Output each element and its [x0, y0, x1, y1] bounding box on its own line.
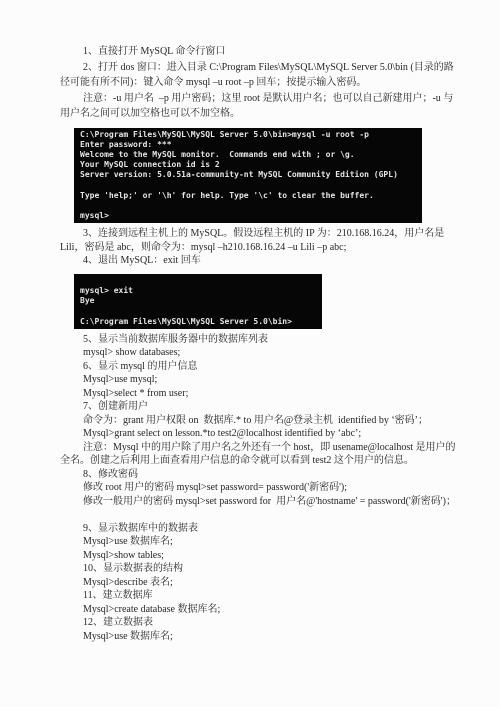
text-line: 1、直接打开 MySQL 命令行窗口: [60, 44, 442, 60]
console-text-line: Bye: [80, 296, 318, 306]
blank-line: [60, 508, 442, 522]
text-line: Mysql>show tables;: [60, 549, 442, 563]
text-line: 9、显示数据库中的数据表: [60, 522, 442, 536]
text-line: 6、显示 mysql 的用户信息: [60, 360, 442, 374]
console-text-line: mysql> exit: [80, 286, 318, 296]
console-text-line: Enter password: ***: [80, 140, 418, 150]
text-line: Mysql>describe 表名;: [60, 576, 442, 590]
console-text-line: Your MySQL connection id is 2: [80, 160, 418, 170]
console-text-line: [80, 201, 418, 211]
text-line: 11、建立数据库: [60, 589, 442, 603]
console-text-line: C:\Program Files\MySQL\MySQL Server 5.0\…: [80, 317, 318, 327]
text-line: Mysql>select * from user;: [60, 387, 442, 401]
text-line: 3、连接到远程主机上的 MySQL。假设远程主机的 IP 为：210.168.1…: [60, 227, 442, 241]
console-text-line: mysql>: [80, 211, 418, 221]
text-line: Mysql>use 数据库名;: [60, 630, 442, 644]
text-line: Mysql>grant select on lesson.*to test2@l…: [60, 427, 442, 441]
document-page: 1、直接打开 MySQL 命令行窗口2、打开 dos 窗口：进入目录 C:\Pr…: [0, 0, 500, 707]
text-line: Mysql>use mysql;: [60, 373, 442, 387]
console-text-line: Welcome to the MySQL monitor. Commands e…: [80, 150, 418, 160]
text-line: mysql> show databases;: [60, 346, 442, 360]
text-line: 全名。创建之后利用上面查看用户信息的命令就可以看到 test2 这个用户的信息。: [60, 454, 442, 468]
text-line: 用户名之间可以加空格也可以不加空格。: [60, 106, 442, 122]
text-line: 修改一般用户的密码 mysql>set password for 用户名@'ho…: [60, 495, 442, 509]
text-line: 径可能有所不同)：键入命令 mysql –u root –p 回车；按提示输入密…: [60, 75, 442, 91]
console-text-line: Server version: 5.0.51a-community-nt MyS…: [80, 170, 418, 180]
text-line: Mysql>create database 数据库名;: [60, 603, 442, 617]
text-line: 注意：-u 用户名 –p 用户密码；这里 root 是默认用户名；也可以自己新建…: [60, 91, 442, 107]
console-text-line: [80, 276, 318, 286]
text-line: 12、建立数据表: [60, 616, 442, 630]
document-content: 1、直接打开 MySQL 命令行窗口2、打开 dos 窗口：进入目录 C:\Pr…: [60, 44, 442, 643]
console-text-line: C:\Program Files\MySQL\MySQL Server 5.0\…: [80, 130, 418, 140]
text-line: 10、显示数据表的结构: [60, 562, 442, 576]
text-line: 4、退出 MySQL：exit 回车: [60, 254, 442, 268]
text-line: 注意：Mysql 中的用户除了用户名之外还有一个 host，即 usename@…: [60, 441, 442, 455]
text-line: 5、显示当前数据库服务器中的数据库列表: [60, 333, 442, 347]
text-line: 7、创建新用户: [60, 400, 442, 414]
console-text-line: [80, 181, 418, 191]
text-line: 命令为：grant 用户权限 on 数据库.* to 用户名@登录主机 iden…: [60, 414, 442, 428]
console-text-line: [80, 306, 318, 316]
text-line: 2、打开 dos 窗口：进入目录 C:\Program Files\MySQL\…: [60, 60, 442, 76]
text-line: 8、修改密码: [60, 468, 442, 482]
terminal-screenshot-2: mysql> exitBye C:\Program Files\MySQL\My…: [74, 274, 322, 329]
text-line: Mysql>use 数据库名;: [60, 535, 442, 549]
text-line: Lili，密码是 abc，则命令为：mysql –h210.168.16.24 …: [60, 241, 442, 255]
console-text-line: Type 'help;' or '\h' for help. Type '\c'…: [80, 191, 418, 201]
terminal-screenshot-1: C:\Program Files\MySQL\MySQL Server 5.0\…: [74, 128, 422, 224]
text-line: 修改 root 用户的密码 mysql>set password= passwo…: [60, 481, 442, 495]
